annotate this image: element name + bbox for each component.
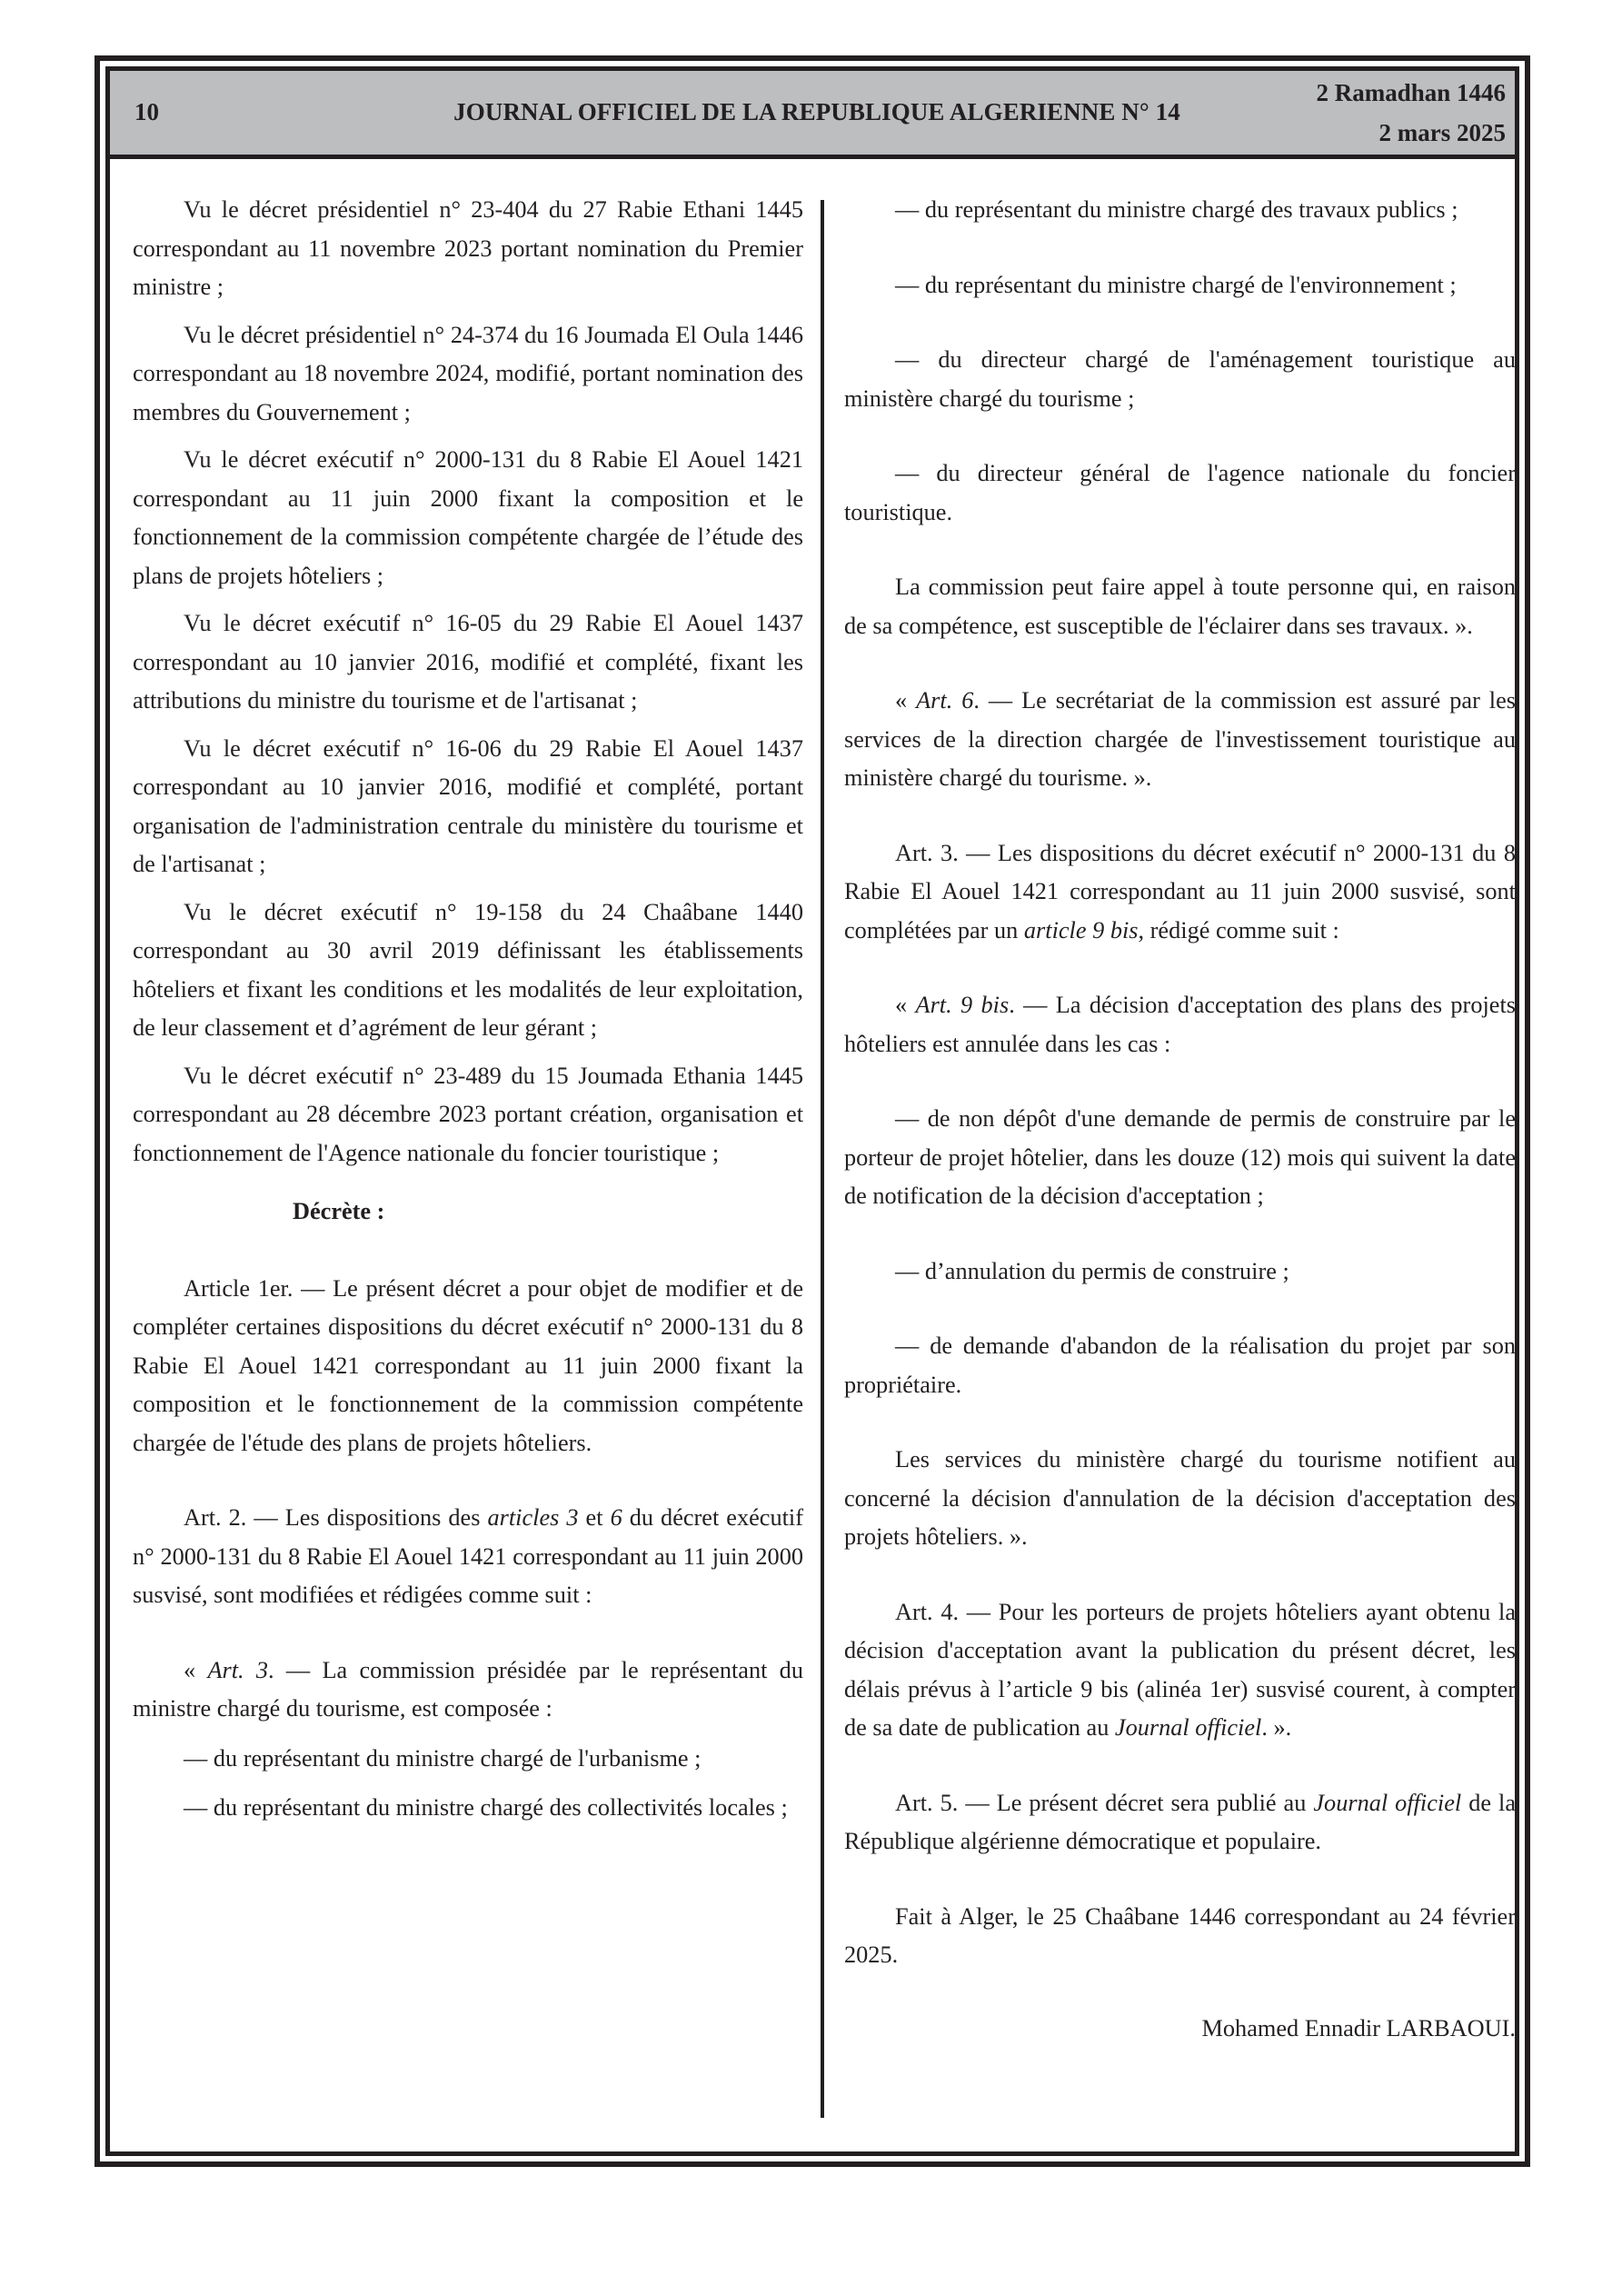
- journal-header: 10 JOURNAL OFFICIEL DE LA REPUBLIQUE ALG…: [110, 71, 1515, 159]
- quoted-article-3: « Art. 3. — La commission présidée par l…: [133, 1652, 803, 1729]
- article-2-italic-1: articles 3: [487, 1504, 578, 1531]
- member-item: — du directeur général de l'agence natio…: [844, 454, 1516, 532]
- visa-paragraph: Vu le décret présidentiel n° 23-404 du 2…: [133, 191, 803, 307]
- quoted-article-label: Art. 3: [207, 1657, 268, 1683]
- quoted-article-label: Art. 9 bis: [916, 992, 1010, 1018]
- left-column: Vu le décret présidentiel n° 23-404 du 2…: [133, 191, 803, 1839]
- article-3-italic: article 9 bis: [1024, 917, 1139, 943]
- commission-appeal-paragraph: La commission peut faire appel à toute p…: [844, 568, 1516, 645]
- journal-title: JOURNAL OFFICIEL DE LA REPUBLIQUE ALGERI…: [110, 98, 1515, 126]
- case-item: — de demande d'abandon de la réalisation…: [844, 1327, 1516, 1404]
- quote-open: «: [184, 1657, 207, 1683]
- right-column: — du représentant du ministre chargé des…: [844, 191, 1516, 2084]
- member-item: — du représentant du ministre chargé des…: [844, 191, 1516, 230]
- notification-paragraph: Les services du ministère chargé du tour…: [844, 1441, 1516, 1557]
- signature: Mohamed Ennadir LARBAOUI.: [844, 2010, 1516, 2049]
- visa-paragraph: Vu le décret exécutif n° 23-489 du 15 Jo…: [133, 1057, 803, 1173]
- hijri-date: 2 Ramadhan 1446: [1316, 73, 1506, 113]
- article-5: Art. 5. — Le présent décret sera publié …: [844, 1784, 1516, 1862]
- member-item: — du représentant du ministre chargé des…: [133, 1789, 803, 1828]
- gregorian-date: 2 mars 2025: [1316, 113, 1506, 153]
- quoted-article-9-bis: « Art. 9 bis. — La décision d'acceptatio…: [844, 986, 1516, 1063]
- decrete-heading: Décrète :: [133, 1193, 803, 1232]
- article-3: Art. 3. — Les dispositions du décret exé…: [844, 834, 1516, 951]
- article-2-prefix: Art. 2. — Les dispositions des: [184, 1504, 487, 1531]
- article-4: Art. 4. — Pour les porteurs de projets h…: [844, 1593, 1516, 1748]
- article-3-suffix: , rédigé comme suit :: [1139, 917, 1339, 943]
- article-5-prefix: Art. 5. — Le présent décret sera publié …: [895, 1790, 1313, 1816]
- article-2-italic-2: 6: [611, 1504, 622, 1531]
- page-inner-frame: 10 JOURNAL OFFICIEL DE LA REPUBLIQUE ALG…: [105, 66, 1519, 2156]
- quote-open: «: [895, 687, 916, 714]
- issue-dates: 2 Ramadhan 1446 2 mars 2025: [1316, 73, 1506, 153]
- article-4-suffix: . ».: [1261, 1714, 1291, 1741]
- case-item: — d’annulation du permis de construire ;: [844, 1253, 1516, 1292]
- visa-paragraph: Vu le décret présidentiel n° 24-374 du 1…: [133, 316, 803, 433]
- member-item: — du représentant du ministre chargé de …: [844, 266, 1516, 305]
- member-item: — du directeur chargé de l'aménagement t…: [844, 341, 1516, 418]
- visa-paragraph: Vu le décret exécutif n° 2000-131 du 8 R…: [133, 441, 803, 595]
- quoted-article-label: Art. 6: [916, 687, 973, 714]
- member-item: — du représentant du ministre chargé de …: [133, 1740, 803, 1779]
- visa-paragraph: Vu le décret exécutif n° 16-06 du 29 Rab…: [133, 730, 803, 884]
- article-5-italic: Journal officiel: [1313, 1790, 1461, 1816]
- done-at-paragraph: Fait à Alger, le 25 Chaâbane 1446 corres…: [844, 1898, 1516, 1975]
- article-2-middle: et: [579, 1504, 611, 1531]
- visa-paragraph: Vu le décret exécutif n° 19-158 du 24 Ch…: [133, 893, 803, 1048]
- article-4-italic: Journal officiel: [1115, 1714, 1261, 1741]
- visa-paragraph: Vu le décret exécutif n° 16-05 du 29 Rab…: [133, 604, 803, 721]
- article-1: Article 1er. — Le présent décret a pour …: [133, 1270, 803, 1463]
- quote-open: «: [895, 992, 916, 1018]
- quoted-article-6: « Art. 6. — Le secrétariat de la commiss…: [844, 682, 1516, 798]
- column-divider: [821, 200, 824, 2118]
- case-item: — de non dépôt d'une demande de permis d…: [844, 1100, 1516, 1216]
- page-outer-frame: 10 JOURNAL OFFICIEL DE LA REPUBLIQUE ALG…: [95, 55, 1530, 2167]
- article-2: Art. 2. — Les dispositions des articles …: [133, 1499, 803, 1615]
